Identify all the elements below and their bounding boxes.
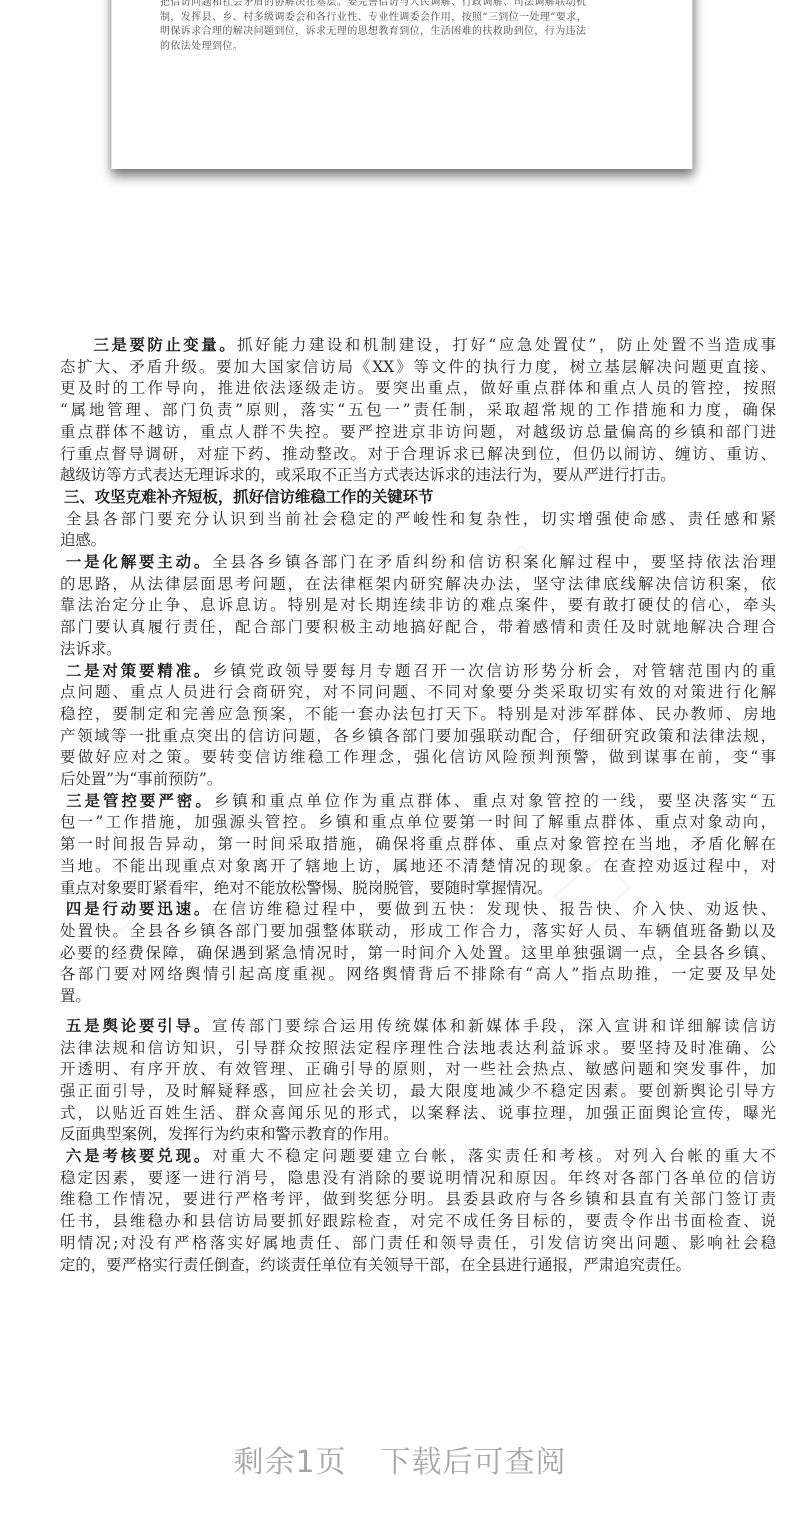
paragraph-lead: 六是考核要兑现。 [63,1147,212,1165]
paragraph-line: 必要的经费保障，确保遇到紧急情况时，第一时间介入处置。这里单独强调一点，全县各乡… [60,943,776,965]
paragraph-line: 部门要认真履行责任，配合部门要积极主动地搞好配合，带着感情和责任及时就地解决合理… [60,617,776,639]
paragraph-line: 乡镇党政领导要每月专题召开一次信访形势分析会，对管辖范围内的重 [212,662,776,680]
paragraph-line: 置。 [60,986,776,1008]
paragraph-precise-measures: 二是对策要精准。乡镇党政领导要每月专题召开一次信访形势分析会，对管辖范围内的重 … [60,661,776,791]
paragraph-line: 全县各乡镇各部门在矛盾纠纷和信访积案化解过程中，要坚持依法治理 [212,553,776,571]
paragraph-line: 对重大不稳定问题要建立台帐，落实责任和考核。对列入台帐的重大不 [212,1147,776,1165]
paragraph-line: 的思路，从法律层面思考问题，在法律框架内研究解决办法，坚守法律底线解决信访积案，… [60,574,776,596]
paragraph-line: 定的，要严格实行责任倒查，约谈责任单位有关领导干部，在全县进行通报，严肃追究责任… [60,1255,776,1277]
paragraph-line: “属地管理、部门负责”原则，落实“五包一”责任制，采取超常规的工作措施和力度，确… [60,400,776,422]
paragraph-line: 越级访等方式表达无理诉求的，或采取不正当方式表达诉求的违法行为，要从严进行打击。 [60,465,776,487]
paragraph-line: 维稳工作情况，要进行严格考评，做到奖惩分明。县委县政府与各乡镇和县直有关部门签订… [60,1189,776,1211]
paragraph-line: 各部门要对网络舆情引起高度重视。网络舆情背后不排除有“高人”指点助推，一定要及早… [60,964,776,986]
paragraph-line: 式，以贴近百姓生活、群众喜闻乐见的形式，以案释法、说事拉理，加强正面舆论宣传，曝… [60,1103,776,1125]
remaining-pages-prompt[interactable]: 剩余1页下载后可查阅 [0,1437,800,1481]
section-heading: 三、攻坚克难补齐短板，抓好信访维稳工作的关键环节 [60,487,776,509]
paragraph-swift-action: 四是行动要迅速。在信访维稳过程中，要做到五快：发现快、报告快、介入快、劝返快、 … [60,899,776,1008]
document-body: 三是要防止变量。抓好能力建设和机制建设，打好“应急处置仗”，防止处置不当造成事 … [60,335,776,1276]
page-preview-card: 把信访问题和社会矛盾的协解决在基层。要完善信访与人民调解、行政调解、司法调解联动… [111,0,693,169]
paragraph-line: 重点群体不越访，重点人群不失控。要严控进京非访问题，对越级访总量偏高的乡镇和部门… [60,422,776,444]
paragraph-line: 宣传部门要综合运用传统媒体和新媒体手段，深入宣讲和详细解读信访 [212,1017,776,1035]
paragraph-line: 开透明、有序开放、有效管理、正确引导的原则，对一些社会热点、敏感问题和突发事件，… [60,1059,776,1081]
paragraph-line: 第一时间报告异动，第一时间采取措施，确保将重点群体、重点对象管控在当地，矛盾化解… [60,834,776,856]
paragraph-line: 点问题、重点人员进行会商研究，对不同问题、不同对象要分类采取切实有效的对策进行化… [60,682,776,704]
preview-line: 的依法处理到位。 [160,40,646,55]
paragraph-line: 迫感。 [60,530,776,552]
paragraph-line: 强正面引导，及时解疑释惑，回应社会关切，最大限度地减少不稳定因素。要创新舆论引导… [60,1081,776,1103]
paragraph-lead: 二是对策要精准。 [63,662,212,680]
paragraph-lead: 三是要防止变量。 [91,336,237,354]
section-heading-text: 三、攻坚克难补齐短板，抓好信访维稳工作的关键环节 [64,488,433,506]
paragraph-line: 稳定因素，要逐一进行消号，隐患没有消除的要说明情况和原因。年终对各部门各单位的信… [60,1168,776,1190]
paragraph-line: 全县各部门要充分认识到当前社会稳定的严峻性和复杂性，切实增强使命感、责任感和紧 [63,510,776,528]
paragraph-lead: 五是舆论要引导。 [63,1017,212,1035]
paragraph-line: 行重点督导调研，对症下药、推动整改。对于合理诉求已解决到位，但仍以闹访、缠访、重… [60,444,776,466]
paragraph-line: 后处置”为“事前预防”。 [60,769,776,791]
paragraph-line: 包一”工作措施，加强源头管控。乡镇和重点单位要第一时间了解重点群体、重点对象动向… [60,812,776,834]
paragraph-line: 稳控，要制定和完善应急预案，不能一套办法包打天下。特别是对涉军群体、民办教师、房… [60,704,776,726]
paragraph-line: 产领域等一批重点突出的信访问题，各乡镇各部门要加强联动配合，仔细研究政策和法律法… [60,726,776,748]
paragraph-line: 当地。不能出现重点对象离开了辖地上访，属地还不清楚情况的现象。在查控劝返过程中，… [60,856,776,878]
paragraph-line: 任书，县维稳办和县信访局要抓好跟踪检查，对完不成任务目标的，要责令作出书面检查、… [60,1211,776,1233]
paragraph-line: 法律法规和信访知识，引导群众按照法定程序理性合法地表达利益诉求。要坚持及时准确、… [60,1038,776,1060]
paragraph-line: 乡镇和重点单位作为重点群体、重点对象管控的一线，要坚决落实“五 [214,792,776,810]
download-hint-label: 下载后可查阅 [381,1437,567,1481]
paragraph-intro: 全县各部门要充分认识到当前社会稳定的严峻性和复杂性，切实增强使命感、责任感和紧 … [60,509,776,552]
paragraph-lead: 一是化解要主动。 [63,553,212,571]
paragraph-line: 法诉求。 [60,639,776,661]
preview-line: 明保诉求合理的解决问题到位，诉求无理的思想教育到位，生活困难的扶救助到位，行为违… [160,25,646,40]
paragraph-line: 反面典型案例，发挥行为约束和警示教育的作用。 [60,1124,776,1146]
paragraph-lead: 四是行动要迅速。 [63,900,212,918]
paragraph-line: 态扩大、矛盾升级。要加大国家信访局《XX》等文件的执行力度，树立基层解决问题更直… [60,357,776,379]
paragraph-strict-control: 三是管控要严密。乡镇和重点单位作为重点群体、重点对象管控的一线，要坚决落实“五 … [60,791,776,900]
paragraph-lead: 三是管控要严密。 [63,792,214,810]
preview-card-text: 把信访问题和社会矛盾的协解决在基层。要完善信访与人民调解、行政调解、司法调解联动… [160,0,646,54]
paragraph-line: 要做好应对之策。要转变信访维稳工作理念，强化信访风险预判预警，做到谋事在前，变“… [60,747,776,769]
paragraph-assessment: 六是考核要兑现。对重大不稳定问题要建立台帐，落实责任和考核。对列入台帐的重大不 … [60,1146,776,1276]
paragraph-line: 抓好能力建设和机制建设，打好“应急处置仗”，防止处置不当造成事 [237,336,776,354]
paragraph-public-opinion: 五是舆论要引导。宣传部门要综合运用传统媒体和新媒体手段，深入宣讲和详细解读信访 … [60,1016,776,1146]
paragraph-line: 处置快。全县各乡镇各部门要加强整体联动，形成工作合力，落实好人员、车辆值班备勤以… [60,921,776,943]
paragraph-line: 靠法治定分止争、息诉息访。特别是对长期连续非访的难点案件，要有敢打硬仗的信心，牵… [60,595,776,617]
paragraph-line: 在信访维稳过程中，要做到五快：发现快、报告快、介入快、劝返快、 [212,900,776,918]
preview-line: 制，发挥县、乡、村多级调委会和各行业性、专业性调委会作用，按照“三到位一处理”要… [160,11,646,26]
remaining-pages-label: 剩余1页 [233,1437,346,1481]
paragraph-proactive-resolution: 一是化解要主动。全县各乡镇各部门在矛盾纠纷和信访积案化解过程中，要坚持依法治理 … [60,552,776,661]
paragraph-line: 重点对象要盯紧看牢，绝对不能放松警惕、脱岗脱管，要随时掌握情况。 [60,878,776,900]
paragraph-prevent-escalation: 三是要防止变量。抓好能力建设和机制建设，打好“应急处置仗”，防止处置不当造成事 … [60,335,776,487]
preview-line: 把信访问题和社会矛盾的协解决在基层。要完善信访与人民调解、行政调解、司法调解联动… [160,0,646,11]
paragraph-line: 明情况;对没有严格落实好属地责任、部门责任和领导责任，引发信访突出问题、影响社会… [60,1233,776,1255]
paragraph-line: 更及时的工作导向，推进依法逐级走访。要突出重点，做好重点群体和重点人员的管控，按… [60,378,776,400]
